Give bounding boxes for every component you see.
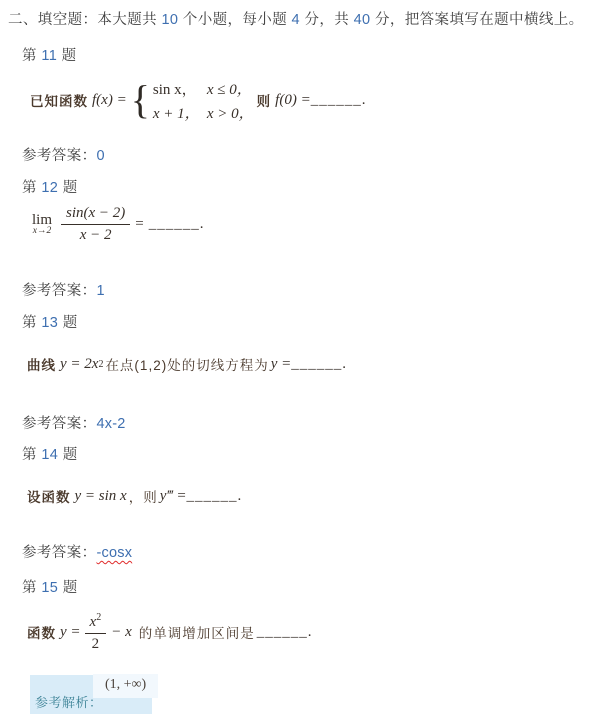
- exam-document-page: 二、填空题：本大题共 10 个小题，每小题 4 分，共 40 分，把答案填写在题…: [0, 0, 598, 720]
- reference-analysis-section: 参考解析： (1, +∞): [30, 675, 152, 714]
- formula-middle-text: 的单调增加区间是: [139, 622, 255, 642]
- equals-sign: =: [135, 216, 143, 233]
- formula-then-text: 则: [257, 90, 272, 110]
- formula-lhs: f(x) =: [92, 92, 127, 109]
- fraction-denominator: 2: [92, 634, 100, 653]
- answer-blank: ______: [257, 624, 308, 641]
- answer-blank: ______: [311, 92, 362, 109]
- header-text: 分，共: [300, 12, 354, 28]
- formula-lhs: y =: [60, 624, 81, 641]
- formula-period: .: [200, 216, 204, 233]
- limit-subscript: x→2: [33, 226, 51, 236]
- formula-expression: y = sin x: [75, 488, 127, 505]
- reference-answer-13: 参考答案：4x-2: [22, 412, 126, 433]
- question-11-label: 第 11 题: [22, 44, 77, 65]
- reference-answer-12: 参考答案：1: [22, 279, 105, 300]
- answer-blank: ______: [291, 356, 342, 373]
- question-15-formula: 函数 y = x2 2 − x 的单调增加区间是 ______ .: [27, 608, 311, 656]
- formula-rhs: y =: [271, 356, 292, 373]
- fraction-denominator: x − 2: [80, 225, 112, 244]
- answer-blank: ______: [187, 488, 238, 505]
- question-14-formula: 设函数 y = sin x ，则 y‴ = ______ .: [27, 486, 241, 506]
- reference-answer-11: 参考答案：0: [22, 144, 105, 165]
- answer-value: 4x-2: [97, 416, 126, 432]
- piecewise-cases: sin x， x ≤ 0， x + 1， x > 0，: [153, 78, 254, 123]
- formula-intro-text: 设函数: [27, 486, 71, 506]
- fraction: x2 2: [85, 612, 107, 653]
- case-expression: sin x，: [153, 78, 207, 99]
- formula-period: .: [238, 488, 242, 505]
- formula-period: .: [308, 624, 312, 641]
- answer-value-misspelled: -cosx: [97, 545, 133, 561]
- formula-intro-text: 曲线: [27, 354, 56, 374]
- answer-label: 参考答案：: [22, 283, 97, 299]
- question-14-label: 第 14 题: [22, 443, 78, 464]
- question-11-formula: 已知函数 f(x) = { sin x， x ≤ 0， x + 1， x > 0…: [30, 78, 365, 122]
- case-condition: x > 0，: [207, 102, 254, 123]
- header-text: 二、填空题：本大题共: [8, 12, 161, 28]
- fraction-numerator: sin(x − 2): [61, 205, 130, 225]
- exponent: 2: [98, 359, 103, 370]
- formula-expression: y = 2x: [60, 356, 98, 373]
- formula-middle-text: ，则: [129, 486, 158, 506]
- formula-after-fraction: − x: [111, 624, 132, 641]
- piecewise-case-row: x + 1， x > 0，: [153, 102, 254, 123]
- header-points-each: 4: [292, 12, 300, 28]
- formula-intro-text: 已知函数: [30, 90, 88, 110]
- answer-label: 参考答案：: [22, 416, 97, 432]
- piecewise-case-row: sin x， x ≤ 0，: [153, 78, 254, 99]
- case-condition: x ≤ 0，: [207, 78, 252, 99]
- exponent: 2: [96, 612, 101, 623]
- formula-rhs: f(0) =: [275, 92, 311, 109]
- fraction: sin(x − 2) x − 2: [61, 205, 130, 244]
- formula-intro-text: 函数: [27, 622, 56, 642]
- piecewise-brace: {: [131, 82, 150, 118]
- formula-middle-text: 在点(1,2)处的切线方程为: [105, 354, 268, 374]
- answer-value: 1: [97, 283, 105, 299]
- formula-period: .: [342, 356, 346, 373]
- header-count-questions: 10: [161, 12, 178, 28]
- question-15-label: 第 15 题: [22, 576, 78, 597]
- header-text: 分，把答案填写在题中横线上。: [371, 12, 584, 28]
- answer-value: 0: [97, 148, 105, 164]
- header-points-total: 40: [354, 12, 371, 28]
- question-12-label: 第 12 题: [22, 176, 78, 197]
- question-13-label: 第 13 题: [22, 311, 78, 332]
- answer-label: 参考答案：: [22, 148, 97, 164]
- formula-rhs: y‴ =: [160, 488, 187, 505]
- case-expression: x + 1，: [153, 102, 207, 123]
- reference-answer-14: 参考答案：-cosx: [22, 541, 132, 562]
- question-12-formula: lim x→2 sin(x − 2) x − 2 = ______ .: [32, 200, 204, 248]
- answer-label: 参考答案：: [22, 545, 97, 561]
- answer-blank: ______: [149, 216, 200, 233]
- header-text: 个小题，每小题: [178, 12, 291, 28]
- section-header: 二、填空题：本大题共 10 个小题，每小题 4 分，共 40 分，把答案填写在题…: [8, 8, 584, 29]
- formula-period: .: [362, 92, 366, 109]
- analysis-formula: (1, +∞): [93, 674, 158, 698]
- question-13-formula: 曲线 y = 2x2 在点(1,2)处的切线方程为 y = ______ .: [27, 354, 346, 374]
- limit-operator: lim x→2: [32, 212, 52, 236]
